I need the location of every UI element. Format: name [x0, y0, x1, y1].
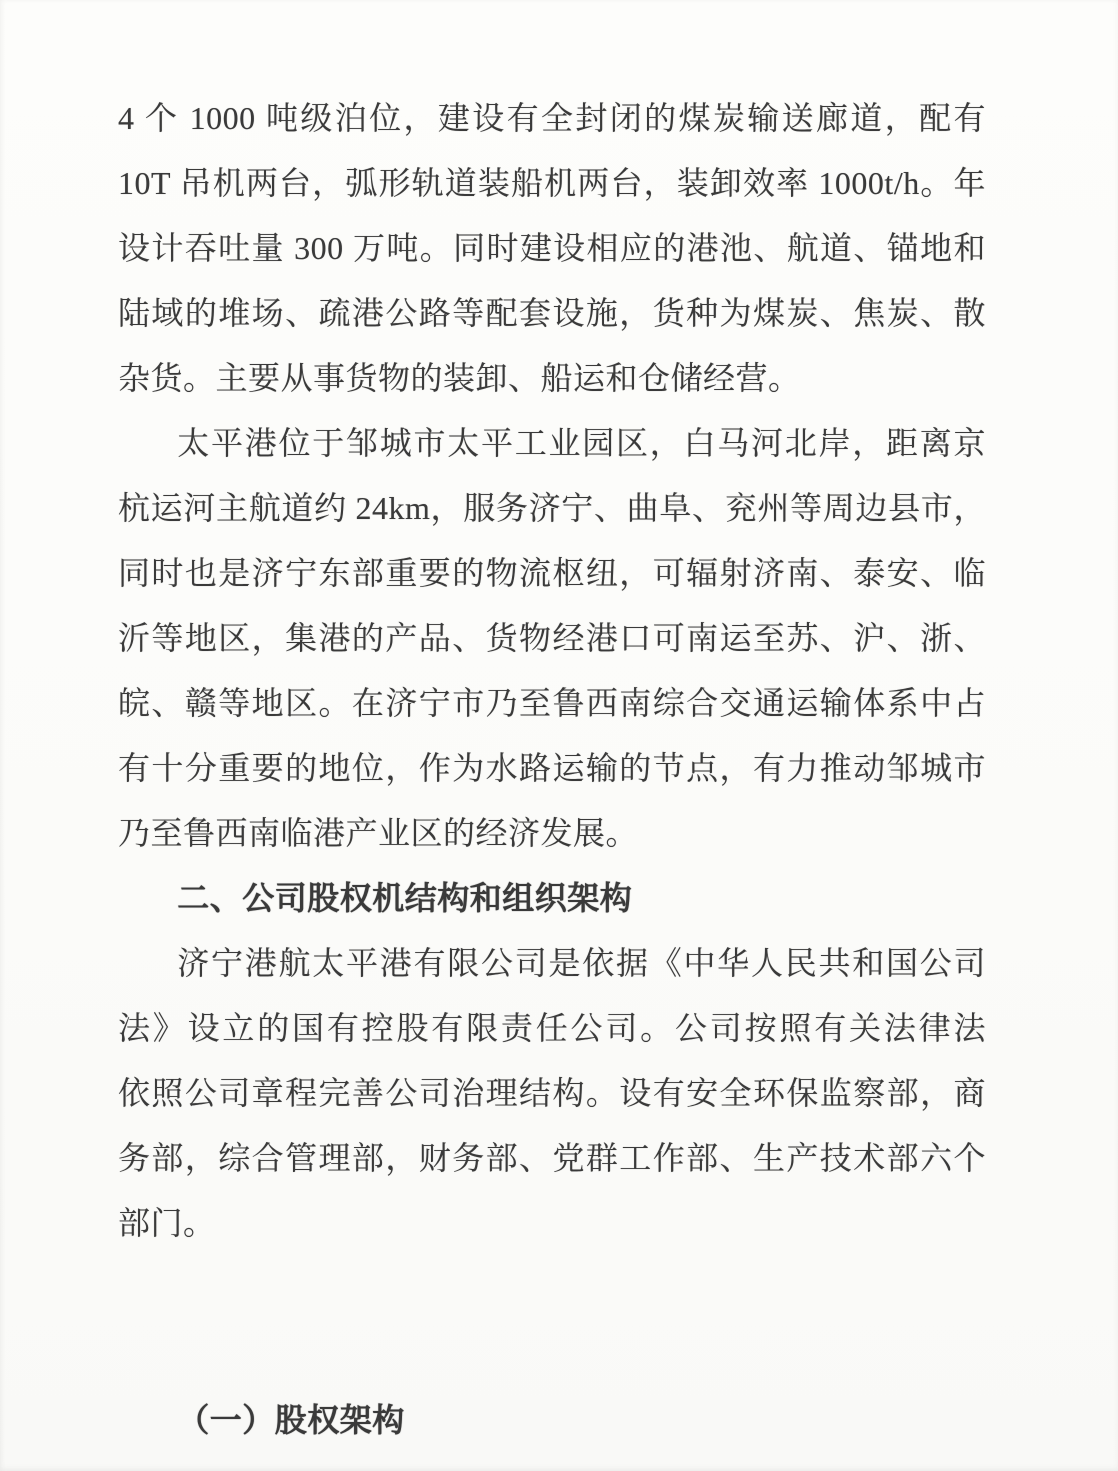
text-line: 法》设立的国有控股有限责任公司。公司按照有关法律法规、	[118, 996, 986, 1061]
text-line: 同时也是济宁东部重要的物流枢纽，可辐射济南、泰安、临	[118, 541, 986, 606]
text-line: 济宁港航太平港有限公司是依据《中华人民共和国公司	[118, 931, 986, 996]
text-line: 有十分重要的地位，作为水路运输的节点，有力推动邹城市	[118, 736, 986, 801]
text-line: 杭运河主航道约 24km，服务济宁、曲阜、兖州等周边县市，	[118, 476, 986, 541]
text-line: 乃至鲁西南临港产业区的经济发展。	[118, 801, 986, 866]
paragraph-port-facilities: 4 个 1000 吨级泊位，建设有全封闭的煤炭输送廊道，配有 10T 吊机两台，…	[118, 86, 986, 411]
text-line: 太平港位于邹城市太平工业园区，白马河北岸，距离京	[118, 411, 986, 476]
text-line: 沂等地区，集港的产品、货物经港口可南运至苏、沪、浙、	[118, 606, 986, 671]
text-line: 陆域的堆场、疏港公路等配套设施，货种为煤炭、焦炭、散	[118, 281, 986, 346]
text-line: 皖、赣等地区。在济宁市乃至鲁西南综合交通运输体系中占	[118, 671, 986, 736]
vertical-whitespace	[118, 1256, 986, 1388]
paragraph-port-location: 太平港位于邹城市太平工业园区，白马河北岸，距离京 杭运河主航道约 24km，服务…	[118, 411, 986, 866]
text-line: 10T 吊机两台，弧形轨道装船机两台，装卸效率 1000t/h。年	[118, 151, 986, 216]
text-line: 部门。	[118, 1191, 986, 1256]
paragraph-company-structure: 济宁港航太平港有限公司是依据《中华人民共和国公司 法》设立的国有控股有限责任公司…	[118, 931, 986, 1256]
text-line: 务部，综合管理部，财务部、党群工作部、生产技术部六个	[118, 1126, 986, 1191]
scanned-document-page: 4 个 1000 吨级泊位，建设有全封闭的煤炭输送廊道，配有 10T 吊机两台，…	[0, 0, 1118, 1471]
section-heading-equity-structure: 二、公司股权机结构和组织架构	[118, 866, 986, 931]
text-line: 设计吞吐量 300 万吨。同时建设相应的港池、航道、锚地和	[118, 216, 986, 281]
document-text-block: 4 个 1000 吨级泊位，建设有全封闭的煤炭输送廊道，配有 10T 吊机两台，…	[118, 86, 986, 1453]
text-line: 4 个 1000 吨级泊位，建设有全封闭的煤炭输送廊道，配有	[118, 86, 986, 151]
subsection-heading-shareholding: （一）股权架构	[118, 1388, 986, 1453]
text-line: 依照公司章程完善公司治理结构。设有安全环保监察部，商	[118, 1061, 986, 1126]
text-line: 杂货。主要从事货物的装卸、船运和仓储经营。	[118, 346, 986, 411]
